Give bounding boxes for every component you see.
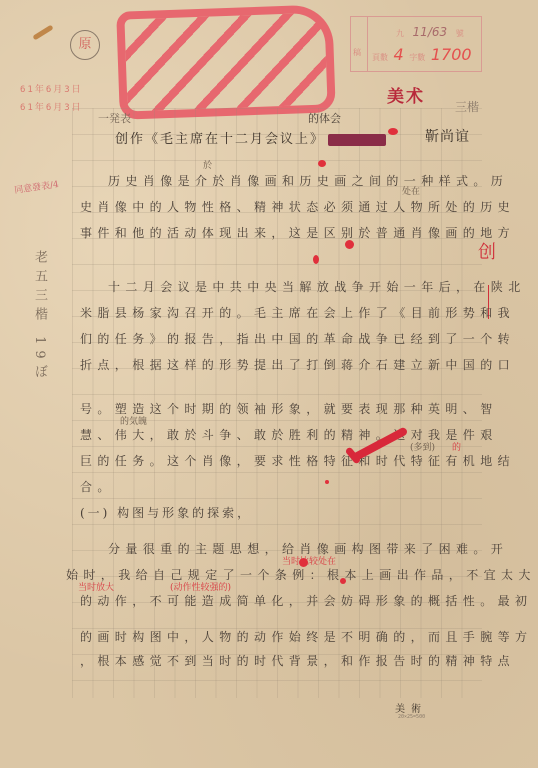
red-ink-blot (299, 558, 308, 567)
text-line: 事件和他的活动体现出来，这是区别於普通肖像画的地方 (80, 224, 515, 241)
text-line: 合。 (80, 478, 115, 495)
paper-brand: 美術 (395, 700, 427, 715)
red-ink-blot (345, 240, 354, 249)
title-insertion: 的体会 (308, 110, 341, 126)
title-text: 创作《毛主席在十二月会议上》 (115, 132, 325, 147)
text-line: 巨的任务。这个肖像，要求性格特征和时代特征有机地结 (80, 452, 515, 469)
text-line: 米脂县杨家沟召开的。毛主席在会上作了《目前形势和我 (80, 304, 515, 321)
chars-value: 1700 (431, 45, 472, 64)
text-line: 十二月会议是中共中央当解放战争开始一年后，在陕北 (108, 278, 526, 295)
paperclip-mark (32, 25, 53, 41)
red-ink-blot (313, 255, 319, 264)
section-heading: (一) 构图与形象的探索， (80, 504, 252, 521)
registration-stamp: 稿 九 11/63 號 頁數 4 字數 1700 (350, 16, 482, 72)
pencil-note-left: 一発表 (98, 110, 131, 126)
text-line: 们的任务》的报告，指出中国的革命战争已经到了一个转 (80, 330, 515, 347)
text-line: 的动作，不可能造成简单化，并会妨碍形象的概括性。最初 (80, 592, 532, 609)
text-line: 历史肖像是介於肖像画和历史画之间的一种样式。历 (108, 172, 508, 189)
insertion-note: 於 (203, 158, 212, 171)
reg-prefix: 九 (396, 29, 404, 38)
text-line: ，根本感觉不到当时的时代背景，和作报告时的精神特点 (80, 652, 515, 669)
chars-label: 字數 (409, 53, 425, 62)
registration-number-row: 九 11/63 號 (396, 25, 464, 39)
text-line: 的画时构图中，人物的动作始终是不明确的，而且手腕等方 (80, 628, 532, 645)
registration-side-label: 稿 (353, 47, 361, 58)
margin-note-red-right: 创 (478, 238, 496, 264)
original-stamp: 原 (70, 30, 100, 60)
red-ink-blot (340, 578, 346, 584)
pages-value: 4 (394, 45, 404, 64)
paper-spec: 20×25=500 (398, 714, 425, 720)
registration-count-row: 頁數 4 字數 1700 (372, 45, 475, 64)
red-crossout-box (116, 4, 336, 119)
insertion-note: 处在 (402, 184, 420, 197)
text-line: 始时，我给自己规定了一个条例：根本上画出作品，不宜太大 (66, 566, 536, 583)
text-line: 折点，根据这样的形势提出了打倒蒋介石建立新中国的口 (80, 356, 515, 373)
pages-label: 頁數 (372, 53, 388, 62)
author-name: 靳尚谊 (425, 126, 470, 146)
reg-suffix: 號 (456, 29, 464, 38)
red-ink-blot (325, 480, 329, 484)
margin-note-approval: 同意發表/4 (13, 177, 59, 196)
department-stamp: 美术 (387, 82, 425, 107)
text-line: 史肖像中的人物性格、精神状态必须通过人物所处的历史 (80, 198, 515, 215)
red-ink-blot (318, 160, 326, 167)
date-stamp-1: 61年6月3日 (20, 82, 83, 95)
reg-number: 11/63 (413, 25, 448, 39)
document-title: 创作《毛主席在十二月会议上》 (115, 128, 386, 147)
red-ink-blot (388, 128, 398, 135)
manuscript-page: 原 61年6月3日 61年6月3日 稿 九 11/63 號 頁數 4 字數 17… (0, 0, 538, 768)
margin-note-pencil: 老五三楷 19ぼ (30, 250, 49, 384)
title-strikethrough (328, 134, 386, 146)
